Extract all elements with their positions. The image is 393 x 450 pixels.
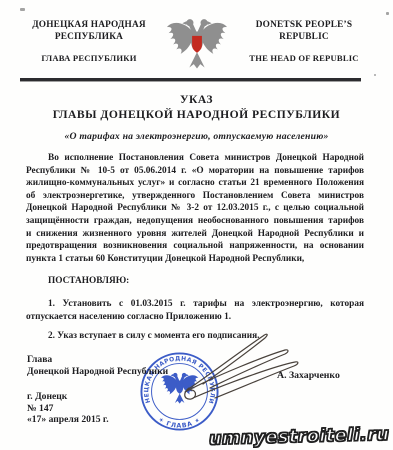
preamble-line: защищённости граждан, недопущения необос… — [26, 215, 364, 228]
decree-document-page: ДОНЕЦКАЯ НАРОДНАЯ РЕСПУБЛИКА ГЛАВА РЕСПУ… — [0, 0, 393, 450]
preamble-line: Во исполнение Постановления Совета минис… — [26, 152, 364, 165]
org-name-en-line1: DONETSK PEOPLE’S — [233, 20, 375, 32]
resolution-word: ПОСТАНОВЛЯЮ: — [48, 275, 364, 288]
letterhead-left: ДОНЕЦКАЯ НАРОДНАЯ РЕСПУБЛИКА ГЛАВА РЕСПУ… — [18, 14, 160, 65]
org-name-ru-line1: ДОНЕЦКАЯ НАРОДНАЯ — [18, 20, 160, 32]
preamble-line: Донецкой Народной Республики № 3-2 от 12… — [26, 202, 364, 215]
document-subject: «О тарифах на электроэнергию, отпускаему… — [0, 131, 393, 142]
scan-speck — [374, 74, 376, 76]
document-title: УКАЗ ГЛАВЫ ДОНЕЦКОЙ НАРОДНОЙ РЕСПУБЛИКИ — [0, 92, 393, 122]
title-line1: УКАЗ — [0, 92, 393, 107]
org-name-ru-line2: РЕСПУБЛИКА — [18, 32, 160, 44]
preamble-line: предотвращения возникновения социальной … — [26, 240, 364, 253]
preamble-line: пункта 1 статьи 60 Конституции Донецкой … — [26, 253, 364, 266]
handwritten-signature-icon — [175, 328, 310, 408]
letterhead-right: DONETSK PEOPLE’S REPUBLIC THE HEAD OF RE… — [233, 14, 375, 65]
scan-speck — [386, 12, 389, 15]
title-line2: ГЛАВЫ ДОНЕЦКОЙ НАРОДНОЙ РЕСПУБЛИКИ — [0, 107, 393, 122]
dept-en: THE HEAD OF REPUBLIC — [233, 53, 375, 65]
svg-text:✶ ГЛАВА ✶: ✶ ГЛАВА ✶ — [157, 416, 202, 429]
scan-speck — [20, 8, 25, 11]
preamble: Во исполнение Постановления Совета минис… — [26, 152, 364, 265]
preamble-line: Республики № 10-5 от 05.06.2014 г. «О мо… — [26, 165, 364, 178]
preamble-line: жилищно-коммунальных услуг» и согласно с… — [26, 177, 364, 190]
item-line: 1. Установить с 01.03.2015 г. тарифы на … — [26, 298, 364, 311]
item-line: отпускается населению согласно Приложени… — [26, 311, 364, 324]
preamble-line: и снижения жизненного уровня жителей Дон… — [26, 228, 364, 241]
org-name-en-line2: REPUBLIC — [233, 32, 375, 44]
seal-bottom-text: ✶ ГЛАВА ✶ — [157, 416, 202, 429]
dept-ru: ГЛАВА РЕСПУБЛИКИ — [18, 53, 160, 65]
dnr-coat-of-arms-icon — [163, 14, 231, 74]
preamble-line: об электроэнергетике, утвержденного Пост… — [26, 190, 364, 203]
document-body: Во исполнение Постановления Совета минис… — [26, 152, 364, 350]
site-watermark: umnyestroiteli.ru — [208, 425, 389, 450]
letterhead: ДОНЕЦКАЯ НАРОДНАЯ РЕСПУБЛИКА ГЛАВА РЕСПУ… — [18, 14, 375, 74]
decree-item-1: 1. Установить с 01.03.2015 г. тарифы на … — [26, 298, 364, 323]
letterhead-divider — [20, 78, 361, 81]
